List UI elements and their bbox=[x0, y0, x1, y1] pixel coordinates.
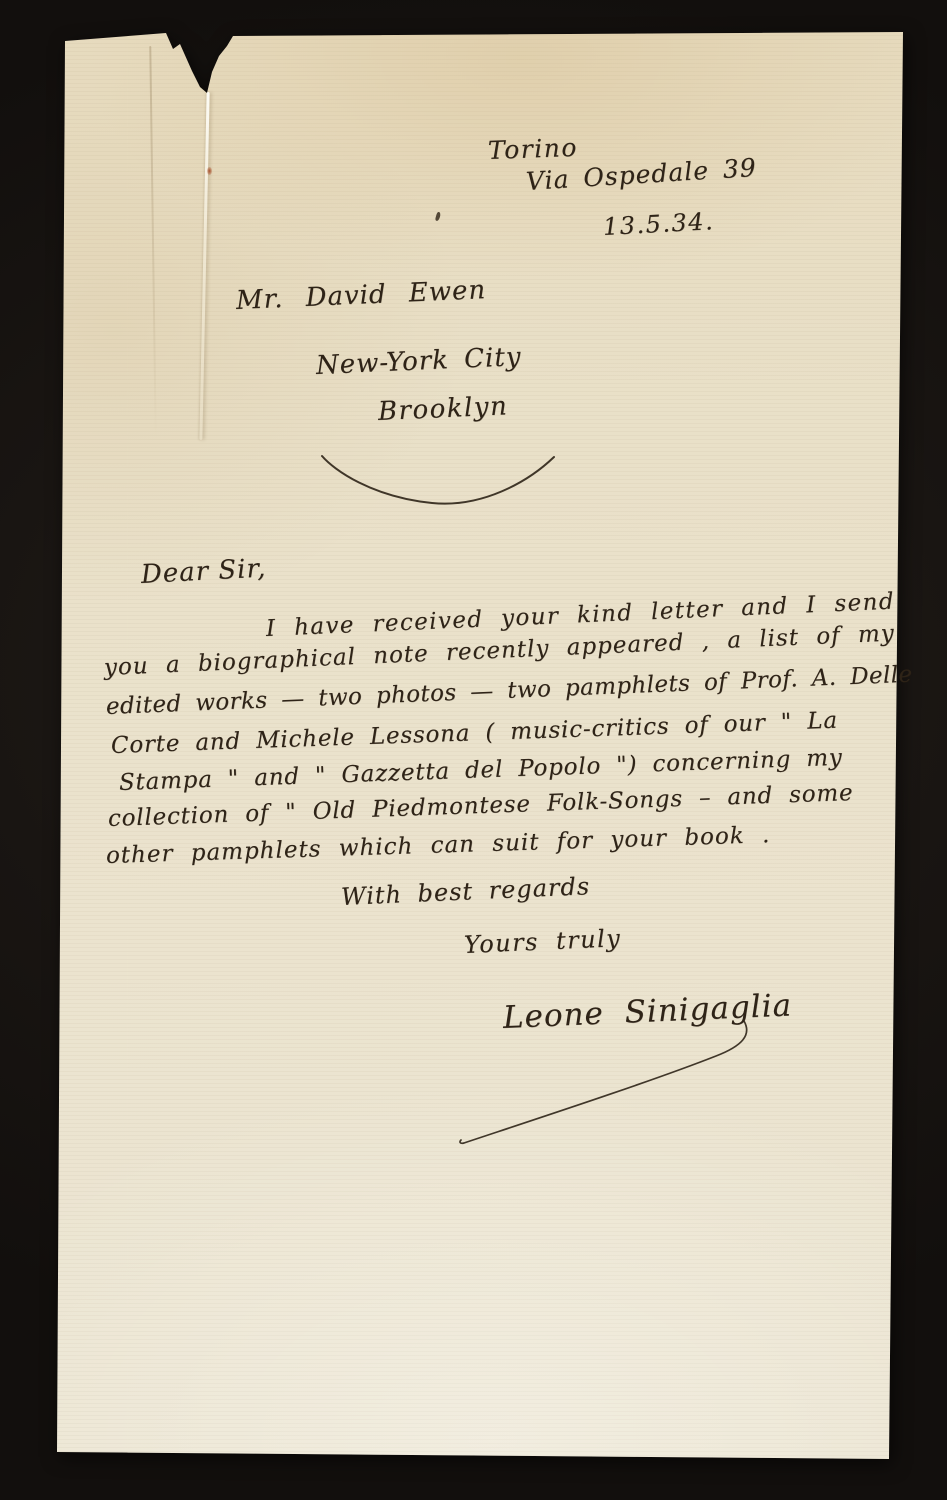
address-underline-stroke bbox=[322, 456, 554, 504]
photo-background: Torino Via Ospedale 39 13.5.34. Mr. Davi… bbox=[0, 0, 947, 1500]
ink-strokes-overlay bbox=[0, 0, 947, 1500]
signature-flourish-stroke bbox=[460, 1021, 747, 1143]
